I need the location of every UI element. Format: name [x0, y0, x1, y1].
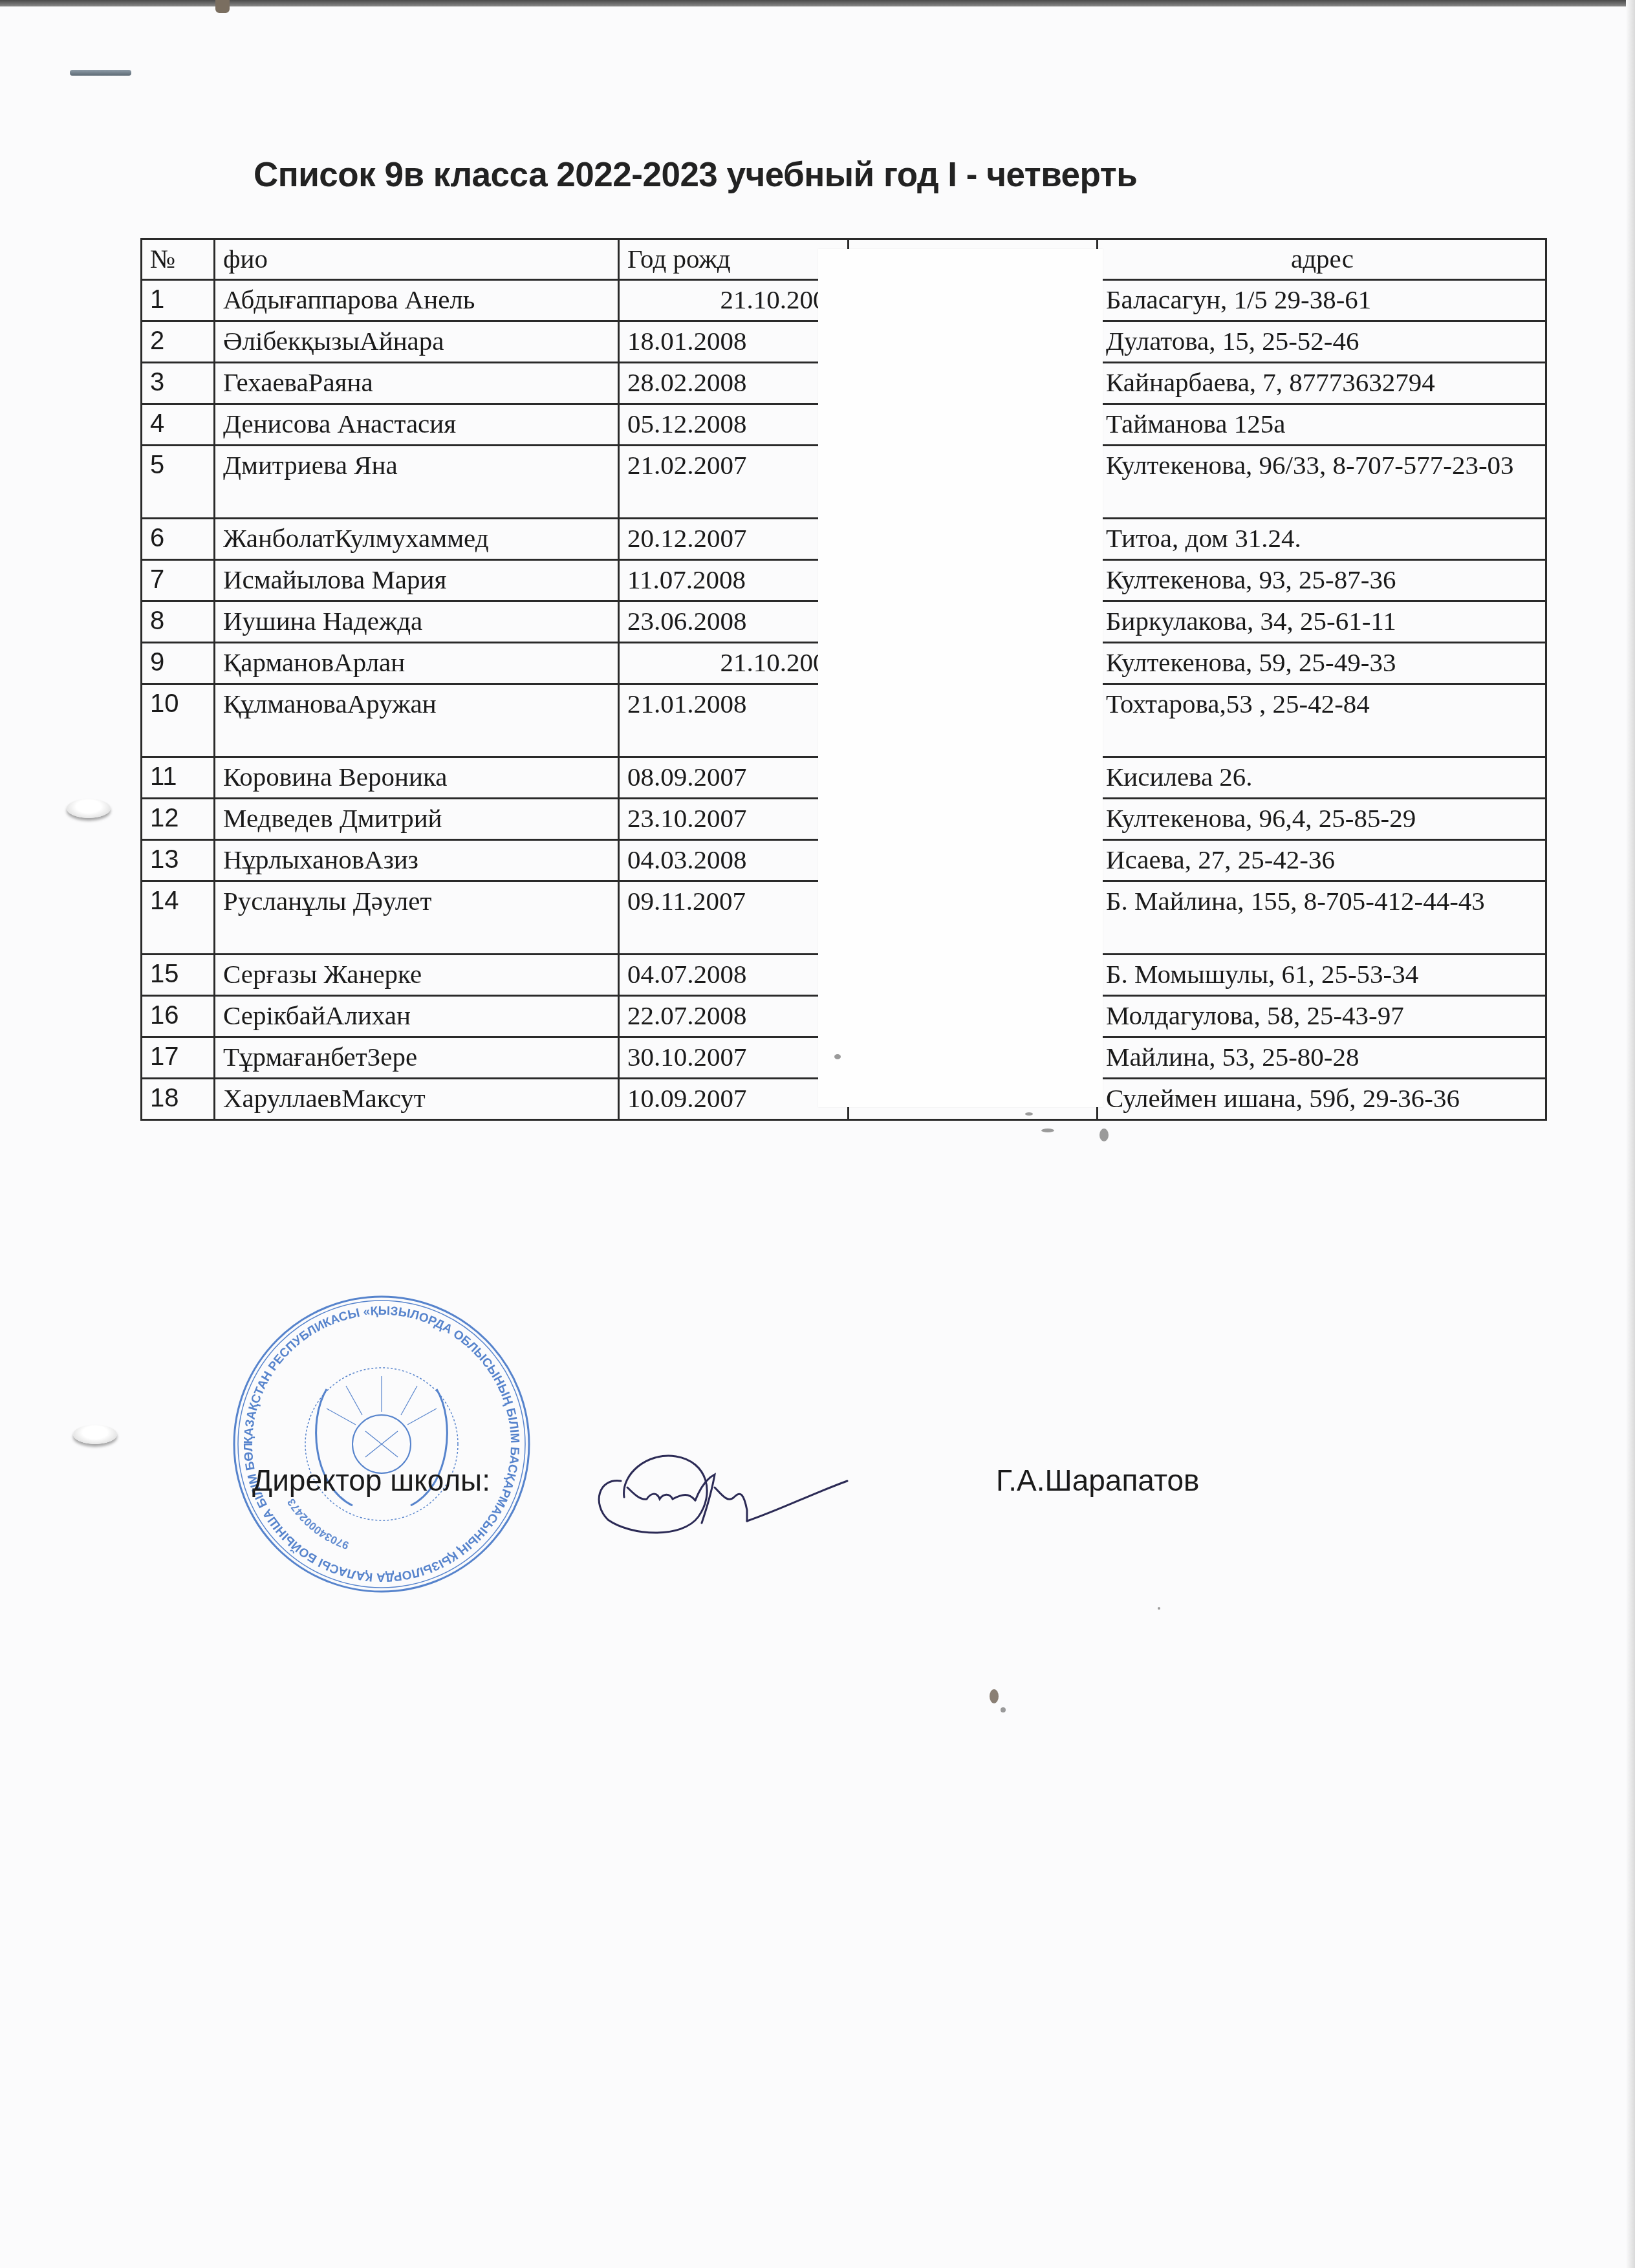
birth-date: 04.03.2008 [619, 840, 849, 881]
student-address: Кайнарбаева, 7, 87773632794 [1098, 363, 1546, 404]
director-label: Директор школы: [252, 1463, 490, 1498]
student-name: Иушина Надежда [215, 601, 619, 643]
birth-date: 18.01.2008 [619, 321, 849, 363]
row-number: 14 [142, 881, 215, 955]
student-address: Дулатова, 15, 25-52-46 [1098, 321, 1546, 363]
header-dob: Год рожд [619, 239, 849, 280]
birth-date: 04.07.2008 [619, 955, 849, 996]
birth-date: 28.02.2008 [619, 363, 849, 404]
student-name: Денисова Анастасия [215, 404, 619, 446]
row-number: 16 [142, 996, 215, 1037]
birth-date: 10.09.2007 [619, 1079, 849, 1120]
birth-date: 21.10.2007 [619, 280, 849, 321]
row-number: 4 [142, 404, 215, 446]
row-number: 8 [142, 601, 215, 643]
birth-date: 09.11.2007 [619, 881, 849, 955]
birth-date: 08.09.2007 [619, 757, 849, 799]
stamp-outer-text: ҚАЗАҚСТАН РЕСПУБЛИКАСЫ «ҚЫЗЫЛОРДА ОБЛЫСЫ… [230, 1292, 521, 1584]
birth-date: 30.10.2007 [619, 1037, 849, 1079]
punch-hole [67, 799, 111, 818]
svg-text:ҚАЗАҚСТАН РЕСПУБЛИКАСЫ «ҚЫЗЫЛО: ҚАЗАҚСТАН РЕСПУБЛИКАСЫ «ҚЫЗЫЛОРДА ОБЛЫСЫ… [230, 1292, 521, 1584]
student-name: Коровина Вероника [215, 757, 619, 799]
birth-date: 23.10.2007 [619, 799, 849, 840]
student-address: Исаева, 27, 25-42-36 [1098, 840, 1546, 881]
student-name: ӘлібекқызыАйнара [215, 321, 619, 363]
row-number: 15 [142, 955, 215, 996]
student-address: Тайманова 125а [1098, 404, 1546, 446]
header-name: фио [215, 239, 619, 280]
student-address: Култекенова, 96,4, 25-85-29 [1098, 799, 1546, 840]
row-number: 12 [142, 799, 215, 840]
student-name: Серғазы Жанерке [215, 955, 619, 996]
student-address: Молдагулова, 58, 25-43-97 [1098, 996, 1546, 1037]
birth-date: 05.12.2008 [619, 404, 849, 446]
scan-top-edge [0, 0, 1635, 6]
birth-date: 20.12.2007 [619, 519, 849, 560]
student-name: НұрлыхановАзиз [215, 840, 619, 881]
row-number: 13 [142, 840, 215, 881]
birth-date: 22.07.2008 [619, 996, 849, 1037]
birth-date: 21.10.2007 [619, 643, 849, 684]
student-name: Дмитриева Яна [215, 446, 619, 519]
birth-date: 21.02.2007 [619, 446, 849, 519]
student-address: Титоа, дом 31.24. [1098, 519, 1546, 560]
student-address: Баласагун, 1/5 29-38-61 [1098, 280, 1546, 321]
director-signature [585, 1449, 870, 1539]
student-name: Медведев Дмитрий [215, 799, 619, 840]
student-name: Абдығаппарова Анель [215, 280, 619, 321]
student-address: Б. Момышулы, 61, 25-53-34 [1098, 955, 1546, 996]
student-name: ХаруллаевМаксут [215, 1079, 619, 1120]
scan-right-edge [1626, 0, 1635, 2268]
page-title: Список 9в класса 2022-2023 учебный год I… [254, 155, 1137, 195]
birth-date: 11.07.2008 [619, 560, 849, 601]
director-name: Г.А.Шарапатов [996, 1463, 1200, 1498]
student-name: ЖанболатКулмухаммед [215, 519, 619, 560]
row-number: 5 [142, 446, 215, 519]
student-name: ГехаеваРаяна [215, 363, 619, 404]
student-name: Русланұлы Дәулет [215, 881, 619, 955]
student-address: Сулеймен ишана, 59б, 29-36-36 [1098, 1079, 1546, 1120]
row-number: 17 [142, 1037, 215, 1079]
row-number: 9 [142, 643, 215, 684]
student-address: Култекенова, 59, 25-49-33 [1098, 643, 1546, 684]
student-name: ҚармановАрлан [215, 643, 619, 684]
row-number: 11 [142, 757, 215, 799]
student-name: ТұрмағанбетЗере [215, 1037, 619, 1079]
student-address: Тохтарова,53 , 25-42-84 [1098, 684, 1546, 757]
student-name: СерікбайАлихан [215, 996, 619, 1037]
row-number: 1 [142, 280, 215, 321]
redaction-patch [818, 249, 1103, 1107]
birth-date: 23.06.2008 [619, 601, 849, 643]
student-address: Майлина, 53, 25-80-28 [1098, 1037, 1546, 1079]
student-name: Исмайылова Мария [215, 560, 619, 601]
scan-artifact [215, 0, 230, 13]
punch-hole [73, 1425, 117, 1444]
student-name: ҚұлмановаАружан [215, 684, 619, 757]
scan-artifact [70, 70, 131, 76]
header-address: адрес [1098, 239, 1546, 280]
row-number: 10 [142, 684, 215, 757]
student-address: Биркулакова, 34, 25-61-11 [1098, 601, 1546, 643]
row-number: 7 [142, 560, 215, 601]
student-address: Б. Майлина, 155, 8-705-412-44-43 [1098, 881, 1546, 955]
student-address: Култекенова, 93, 25-87-36 [1098, 560, 1546, 601]
student-address: Кисилева 26. [1098, 757, 1546, 799]
row-number: 2 [142, 321, 215, 363]
row-number: 6 [142, 519, 215, 560]
header-num: № [142, 239, 215, 280]
birth-date: 21.01.2008 [619, 684, 849, 757]
row-number: 18 [142, 1079, 215, 1120]
student-address: Култекенова, 96/33, 8-707-577-23-03 [1098, 446, 1546, 519]
row-number: 3 [142, 363, 215, 404]
school-stamp: ҚАЗАҚСТАН РЕСПУБЛИКАСЫ «ҚЫЗЫЛОРДА ОБЛЫСЫ… [230, 1292, 534, 1596]
